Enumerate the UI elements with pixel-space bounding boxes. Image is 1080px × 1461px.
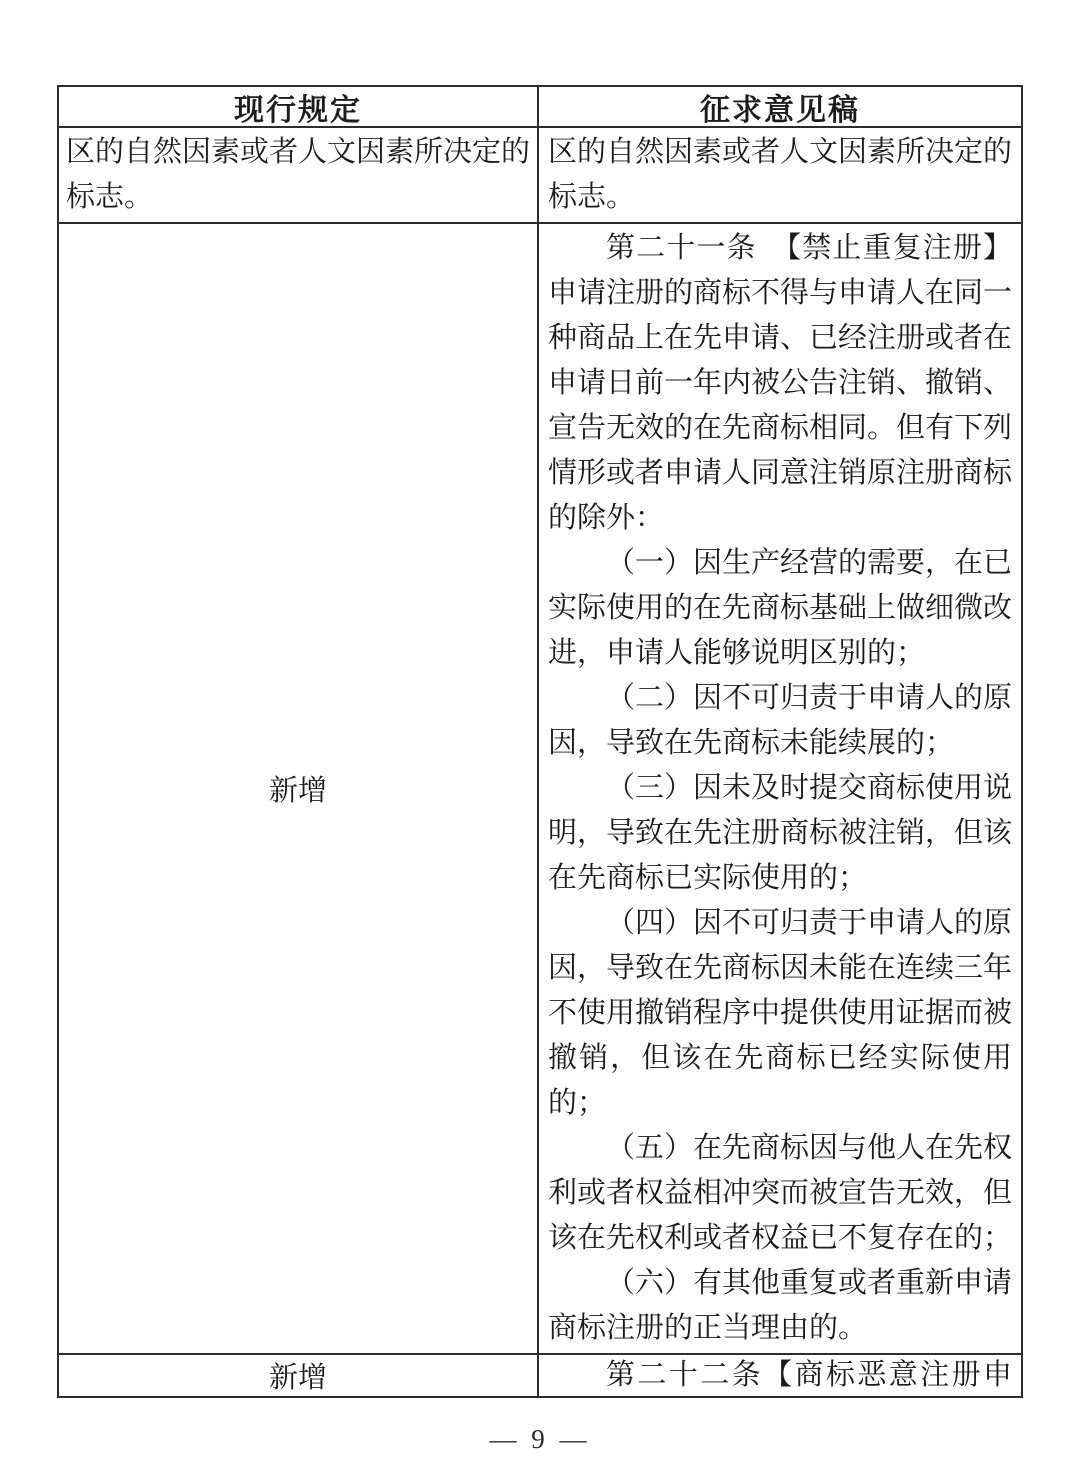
table-row-continuation: 区的自然因素或者人文因素所决定的标志。 区的自然因素或者人文因素所决定的标志。	[59, 128, 1021, 224]
paragraph: （三）因未及时提交商标使用说明，导致在先注册商标被注销，但该在先商标已实际使用的…	[548, 766, 1012, 901]
column-header-current-label: 现行规定	[234, 87, 362, 126]
paragraph: 区的自然因素或者人文因素所决定的标志。	[66, 130, 530, 220]
paragraph: 第二十一条 【禁止重复注册】申请注册的商标不得与申请人在同一种商品上在先申请、已…	[548, 226, 1012, 541]
document-page: 现行规定 征求意见稿 区的自然因素或者人文因素所决定的标志。 区的自然因素或者人…	[0, 0, 1080, 1461]
draft-cell-article-21: 第二十一条 【禁止重复注册】申请注册的商标不得与申请人在同一种商品上在先申请、已…	[539, 224, 1021, 1353]
draft-cell-continuation: 区的自然因素或者人文因素所决定的标志。	[539, 128, 1021, 222]
page-number: — 9 —	[0, 1424, 1080, 1455]
current-cell-article-21: 新增	[59, 224, 539, 1353]
paragraph: （二）因不可归责于申请人的原因，导致在先商标未能续展的；	[548, 676, 1012, 766]
table-header-row: 现行规定 征求意见稿	[59, 87, 1021, 128]
column-header-current: 现行规定	[59, 87, 539, 126]
comparison-table: 现行规定 征求意见稿 区的自然因素或者人文因素所决定的标志。 区的自然因素或者人…	[57, 85, 1023, 1398]
table-row-article-21: 新增 第二十一条 【禁止重复注册】申请注册的商标不得与申请人在同一种商品上在先申…	[59, 224, 1021, 1355]
current-cell-continuation: 区的自然因素或者人文因素所决定的标志。	[59, 128, 539, 222]
column-header-draft-label: 征求意见稿	[700, 87, 860, 126]
paragraph: （六）有其他重复或者重新申请商标注册的正当理由的。	[548, 1261, 1012, 1351]
paragraph: （一）因生产经营的需要，在已实际使用的在先商标基础上做细微改进，申请人能够说明区…	[548, 541, 1012, 676]
paragraph: （四）因不可归责于申请人的原因，导致在先商标因未能在连续三年不使用撤销程序中提供…	[548, 901, 1012, 1126]
paragraph: （五）在先商标因与他人在先权利或者权益相冲突而被宣告无效，但该在先权利或者权益已…	[548, 1126, 1012, 1261]
column-header-draft: 征求意见稿	[539, 87, 1021, 126]
new-addition-label: 新增	[269, 1355, 327, 1396]
new-addition-label: 新增	[269, 768, 327, 809]
paragraph: 区的自然因素或者人文因素所决定的标志。	[548, 130, 1012, 220]
draft-cell-article-22: 第二十二条【商标恶意注册申	[539, 1355, 1021, 1396]
paragraph: 第二十二条【商标恶意注册申	[548, 1355, 1012, 1396]
current-cell-article-22: 新增	[59, 1355, 539, 1396]
table-row-article-22: 新增 第二十二条【商标恶意注册申	[59, 1355, 1021, 1396]
